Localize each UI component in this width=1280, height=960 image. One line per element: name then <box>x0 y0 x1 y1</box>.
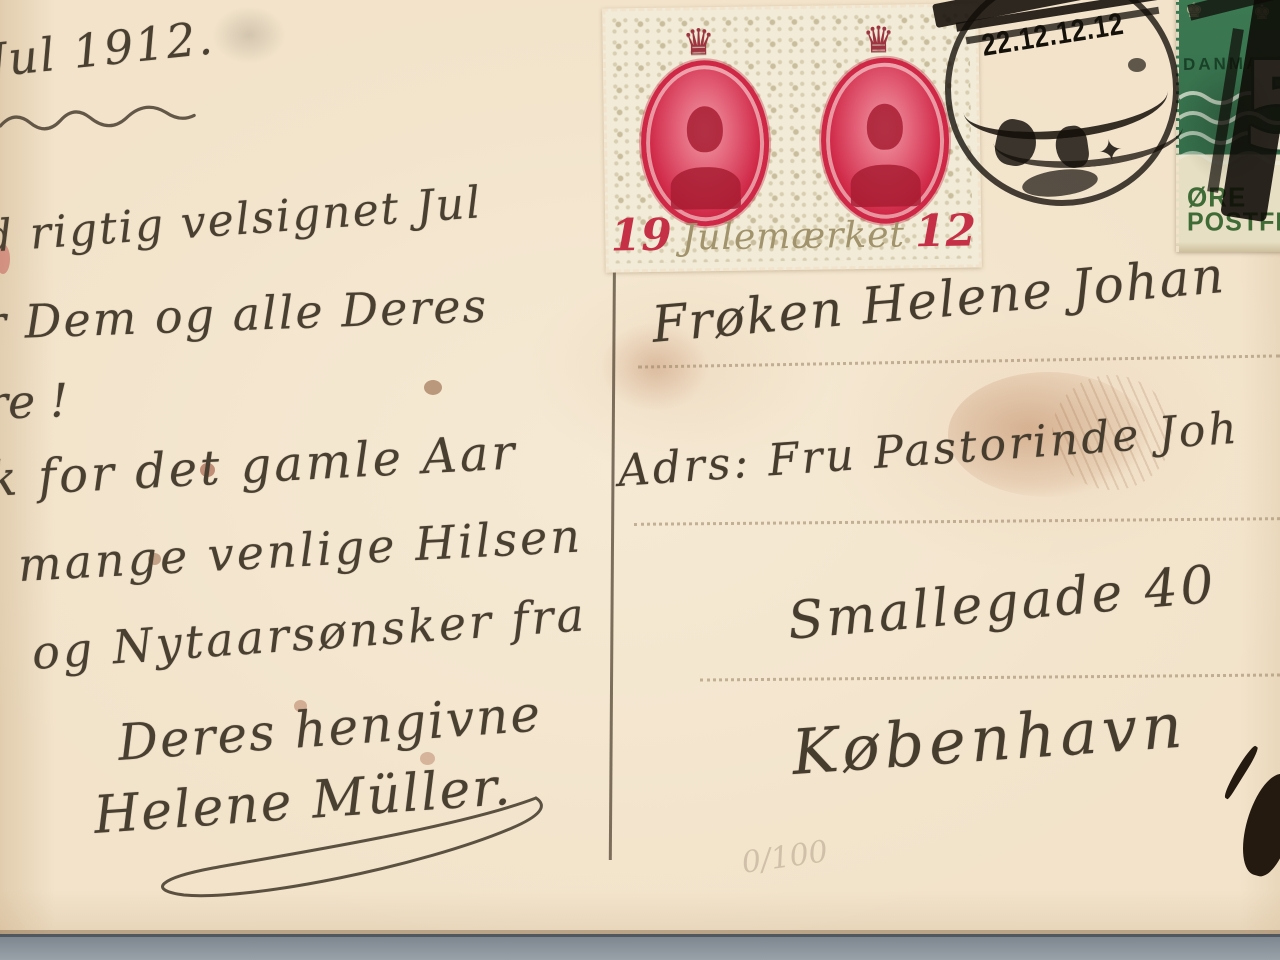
smudge-mark <box>212 6 286 64</box>
address-care-of: Adrs: Fru Pastorinde Joh <box>616 403 1241 497</box>
address-dotted-line <box>700 673 1280 681</box>
postmark-smudge <box>1128 58 1146 72</box>
message-line: mange venlige Hilsen <box>17 508 585 592</box>
address-dotted-line <box>634 517 1280 526</box>
scan-background-band <box>0 934 1280 960</box>
message-line: re ! <box>0 373 69 430</box>
seal-year-left: 19 <box>610 210 672 262</box>
queen-medallion: ♛ <box>633 25 766 217</box>
handwritten-date: Jul 1912. <box>0 10 217 87</box>
queen-portrait-oval <box>640 59 770 227</box>
ink-blot-tail <box>1221 744 1260 800</box>
postcard-scan: Jul 1912. d rigtig velsignet Jul r Dem o… <box>0 0 1280 960</box>
address-dotted-line <box>638 354 1280 368</box>
address-street: Smallegade 40 <box>785 555 1219 652</box>
pencil-scribble: 0/100 <box>740 834 830 881</box>
signature: Helene Müller. <box>92 757 514 846</box>
message-line: k for det gamle Aar <box>0 424 519 508</box>
seal-caption: 19 Julemærket 12 <box>608 205 979 261</box>
crown-icon: ♛ <box>682 22 715 63</box>
portrait-head <box>867 103 904 149</box>
christmas-seal-1912: ♛ ♛ 19 Julemærket 12 <box>602 3 982 272</box>
address-city: København <box>789 688 1189 788</box>
ink-blot <box>1233 768 1280 881</box>
portrait-shoulders <box>670 166 741 209</box>
cancellation-smudge <box>1178 56 1278 186</box>
address-divider-line <box>609 230 616 860</box>
date-underline-flourish <box>0 88 235 145</box>
seal-title: Julemærket <box>681 214 905 258</box>
message-line: r Dem og alle Deres <box>0 278 489 350</box>
message-line: d rigtig velsignet Jul <box>0 177 484 263</box>
crown-icon: ♛ <box>862 20 895 61</box>
seal-year-right: 12 <box>915 205 977 257</box>
king-medallion: ♛ <box>813 23 946 215</box>
portrait-shoulders <box>850 164 921 207</box>
message-line: og Nytaarsønsker fra <box>30 587 588 680</box>
ink-spot <box>424 380 442 395</box>
portrait-head <box>687 106 724 152</box>
king-portrait-oval <box>820 57 950 225</box>
